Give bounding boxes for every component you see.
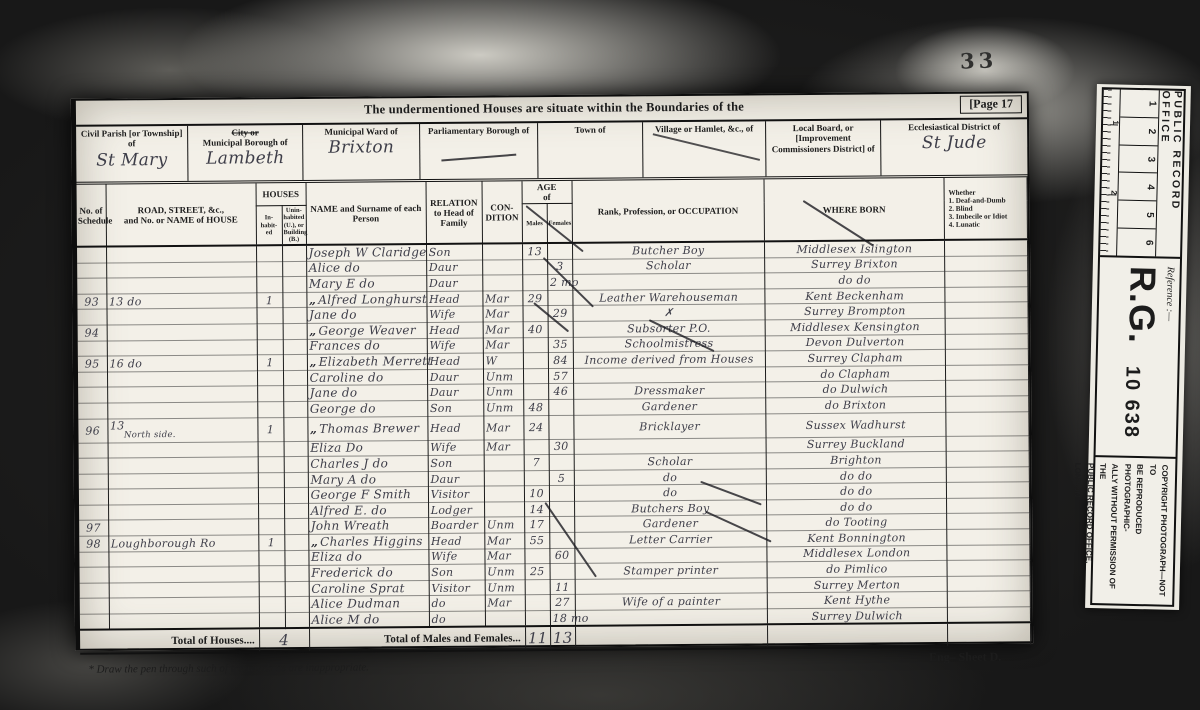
cell-name: Jane do [307,385,427,402]
cell-occupation: Stamper printer [575,562,767,579]
cell-relation: Head [426,291,482,307]
cell-schedule [79,458,108,474]
cell-occupation: Wife of a painter [575,593,767,610]
cell-schedule [80,598,109,614]
cell-uninhabited [283,355,307,371]
cell-street [106,246,256,263]
cell-relation: Son [426,244,482,260]
cell-uninhabited [283,308,307,324]
cell-name: Alice M do [309,612,429,629]
pro-reference-section: Reference :— R.G. 10 638 [1095,257,1180,459]
cell-where-born: Middlesex Kensington [765,318,945,335]
cell-name: Alice do [306,260,426,277]
jurisdiction-value [538,136,642,137]
cell-disability [946,498,1029,514]
cell-disability [945,380,1028,396]
cell-schedule [77,247,106,263]
cell-uninhabited [284,503,308,519]
jurisdiction-value: Lambeth [188,148,302,169]
cell-inhabited [258,457,284,473]
cell-age-female [550,564,575,580]
cell-schedule [80,614,109,630]
cell-disability [946,435,1029,451]
cell-where-born: Surrey Buckland [766,436,946,453]
pro-stamp-content: PUBLIC RECORD OFFICE 123456 1 2 Referenc… [1090,87,1186,607]
sheet-label: Eng– Sheet D. [929,650,1001,666]
cell-inhabited [257,370,283,386]
cell-inhabited [257,386,283,402]
cell-age-female: 57 [548,368,573,384]
jurisdiction-label: Ecclesiastical District of [881,121,1027,132]
cell-schedule: 97 [79,520,108,536]
cell-uninhabited [285,566,309,582]
cell-age-male [525,595,550,611]
cell-disability [947,544,1030,560]
cell-condition: Mar [483,337,523,353]
cell-occupation [575,578,767,595]
cell-occupation: Gardener [574,515,766,532]
cell-where-born: Devon Dulverton [765,334,945,351]
cell-schedule [77,278,106,294]
col-road: ROAD, STREET, &c., and No. or NAME of HO… [106,183,257,247]
cell-inhabited: 1 [258,535,284,551]
cell-name: John Wreath [308,518,428,535]
cell-uninhabited [284,519,308,535]
stamp-scale-cell: 2 [1120,117,1159,146]
cell-schedule: 95 [78,356,107,372]
cell-occupation [572,273,764,290]
form-title: The undermentioned Houses are situate wi… [364,99,744,117]
cell-condition: Mar [483,322,523,338]
cell-uninhabited [282,292,306,308]
cell-inhabited: 1 [256,292,282,308]
cell-age-female: 35 [548,337,573,353]
cell-name: Frederick do [309,565,429,582]
jurisdiction-label: Municipal Borough of [188,137,302,148]
col-occupation: Rank, Profession, or OCCUPATION [572,179,765,243]
enumeration-rows: Joseph W ClaridgeSon13Butcher BoyMiddles… [77,240,1030,630]
cell-age-male [524,439,549,455]
cell-street: Loughborough Ro [108,535,258,552]
cell-street [106,261,256,278]
col-name: NAME and Surname of each Person [306,182,427,245]
cell-uninhabited [284,534,308,550]
cell-schedule [79,474,108,490]
cell-condition [484,486,524,502]
cell-street [108,519,258,536]
cell-name: George do [307,400,427,417]
cell-where-born: do do [766,483,946,500]
col-houses: HOUSES [256,183,306,206]
cell-relation: Head [427,322,483,338]
cell-inhabited [258,488,284,504]
cell-inhabited [258,503,284,519]
cell-occupation: Leather Warehouseman [573,289,765,306]
col-inhabited: In- habit- ed [256,206,282,246]
cell-disability [946,396,1029,412]
cell-uninhabited [284,472,308,488]
cell-age-female: 46 [548,384,573,400]
cell-name: Eliza do [308,549,428,566]
cell-name: Thomas Brewer [307,416,427,441]
cell-schedule [80,583,109,599]
cell-age-male: 48 [523,399,548,415]
cell-street: 13North side. [107,417,257,442]
cell-relation: Daur [428,471,484,487]
cell-inhabited [257,308,283,324]
cell-age-male [524,470,549,486]
jurisdiction-value [420,136,537,137]
cell-relation: Daur [426,275,482,291]
jurisdiction-label: Town of [538,124,642,135]
cell-age-male: 10 [524,486,549,502]
cell-street [108,441,258,458]
cell-where-born: do Tooting [766,514,946,531]
cell-inhabited [259,613,285,629]
jurisdiction-cell: Local Board, or [Improvement Commissione… [766,120,881,176]
cell-inhabited [258,519,284,535]
cell-uninhabited [282,245,306,261]
pro-reference-stamp: PUBLIC RECORD OFFICE 123456 1 2 Referenc… [1085,84,1191,610]
cell-relation: Lodger [428,502,484,518]
cell-uninhabited [285,581,309,597]
cell-inhabited [256,277,282,293]
cell-name: Frances do [307,338,427,355]
cell-where-born: Kent Bonnington [767,529,947,546]
cell-uninhabited [283,370,307,386]
cell-schedule [79,443,108,459]
cell-uninhabited [283,386,307,402]
jurisdiction-cell: Village or Hamlet, &c., of [643,121,766,177]
jurisdiction-label: Local Board, or [Improvement Commissione… [766,122,880,154]
cell-street [108,504,258,521]
cell-age-female: 30 [549,439,574,455]
jurisdiction-label: Municipal Ward of [303,126,419,137]
cell-name: George F Smith [308,487,428,504]
cell-age-male: 55 [524,533,549,549]
jurisdiction-cell: Ecclesiastical District ofSt Jude [881,119,1027,175]
cell-inhabited: 1 [257,417,283,441]
cell-occupation: Income derived from Houses [573,351,765,368]
cell-age-male [523,368,548,384]
cell-where-born: do do [765,272,945,289]
piece-number: 10 638 [1119,366,1144,440]
pro-number-cells: 123456 [1116,90,1159,257]
cell-inhabited [256,246,282,262]
cell-age-male [522,259,547,275]
cell-street [108,488,258,505]
cell-street [107,339,257,356]
jurisdiction-value [643,135,765,136]
cell-where-born: Kent Beckenham [765,287,945,304]
cell-age-female [549,454,574,470]
cell-schedule [79,489,108,505]
cell-where-born: do Clapham [765,365,945,382]
cell-where-born: Sussex Wadhurst [766,412,946,437]
cell-street [108,457,258,474]
cell-name: Charles J do [308,456,428,473]
cell-condition: Unm [483,400,523,416]
cell-condition: W [483,353,523,369]
cell-occupation: Bricklayer [574,413,766,439]
cell-street [109,613,259,630]
cell-condition [485,611,525,627]
cell-relation: Wife [429,549,485,565]
cell-relation: Visitor [428,486,484,502]
jurisdiction-value: St Jude [881,133,1027,154]
cell-occupation: ✗ [573,304,765,321]
cell-age-male: 24 [524,415,549,439]
cell-condition: Mar [485,548,525,564]
cell-age-male [525,579,550,595]
cell-age-male [523,306,548,322]
jurisdiction-cell: Parliamentary Borough of [420,123,538,179]
cell-uninhabited [282,277,306,293]
cell-where-born: Kent Hythe [767,592,947,609]
cell-condition: Mar [483,415,523,439]
cell-disability [944,255,1027,271]
ruler-number: 2 [1109,190,1118,195]
cell-inhabited [259,581,285,597]
jurisdiction-value: Brixton [303,137,419,158]
cell-age-female: 18 mo [550,610,575,626]
cell-age-male [523,353,548,369]
cell-age-male: 25 [525,564,550,580]
cell-uninhabited [285,612,309,628]
cell-age-female: 5 [549,470,574,486]
stamp-scale-cell: 1 [1120,90,1159,119]
cell-uninhabited [284,550,308,566]
col-relation: RELATION to Head of Family [426,182,483,245]
cell-condition: Unm [485,564,525,580]
cell-street [106,277,256,294]
cell-occupation [575,609,767,626]
cell-condition: Mar [484,533,524,549]
jurisdiction-cell: Civil Parish [or Township] ofSt Mary [76,126,188,182]
cell-occupation [573,367,765,384]
cell-disability [945,349,1028,365]
stamp-scale-cell: 5 [1118,201,1157,230]
cell-disability [945,318,1028,334]
col-age: AGE of [522,181,572,204]
total-females-value: 13 [550,626,575,650]
cell-condition: Unm [483,368,523,384]
cell-condition: Unm [485,580,525,596]
total-males-females-label: Total of Males and Females... [309,626,525,652]
cell-street [109,597,259,614]
cell-where-born: do Brixton [765,396,945,413]
cell-age-female: 27 [550,595,575,611]
jurisdiction-header-row: Civil Parish [or Township] ofSt MaryCity… [76,119,1027,184]
series-code: R.G. [1120,266,1164,345]
jurisdiction-value [766,154,880,155]
cell-street-note: North side. [124,428,255,442]
cell-occupation: Gardener [573,398,765,415]
cell-schedule [78,309,107,325]
cell-occupation: Butcher Boy [572,242,764,259]
folio-number: 33 [960,47,998,73]
cell-disability [947,607,1030,623]
jurisdiction-cell: Municipal Ward ofBrixton [303,124,420,180]
cell-relation: Daur [426,260,482,276]
cell-condition [484,470,524,486]
cell-occupation: do [574,484,766,501]
cell-disability [944,240,1027,256]
cell-occupation: Letter Carrier [574,531,766,548]
cell-occupation: Schoolmistress [573,335,765,352]
stamp-scale-cell: 3 [1119,145,1158,174]
enumeration-table: No. of Schedule ROAD, STREET, &c., and N… [77,177,1032,655]
cell-age-male: 17 [524,517,549,533]
cell-relation: Boarder [428,518,484,534]
cell-occupation: Scholar [572,257,764,274]
cell-schedule [78,403,107,419]
cell-relation: Son [428,455,484,471]
cell-relation: Son [429,564,485,580]
cell-street [107,324,257,341]
cell-inhabited [259,566,285,582]
cell-name: Elizabeth Merrett [307,354,427,371]
cell-name: Eliza Do [308,440,428,457]
cell-inhabited [257,402,283,418]
total-houses-label: Total of Houses.... [80,628,259,653]
cell-street: 16 do [107,355,257,372]
cell-age-female [549,486,574,502]
cell-schedule [78,387,107,403]
cell-disability [946,466,1029,482]
page-number-box: [Page 17 [960,95,1022,113]
cell-where-born: Surrey Dulwich [767,607,947,624]
cell-disability [946,482,1029,498]
cell-street [108,473,258,490]
cell-disability [945,287,1028,303]
census-form: The undermentioned Houses are situate wi… [71,91,1033,651]
cell-street [107,386,257,403]
cell-where-born: Brighton [766,452,946,469]
cell-relation: Daur [427,369,483,385]
cell-condition: Unm [484,517,524,533]
cell-age-female [547,243,572,259]
cell-occupation: Butchers Boy [574,500,766,517]
cell-condition [482,275,522,291]
cell-uninhabited [284,457,308,473]
cell-where-born: Middlesex Islington [764,240,944,257]
cell-uninhabited [283,339,307,355]
cell-inhabited [258,550,284,566]
cell-street [109,582,259,599]
col-age-males: Males [522,204,547,244]
col-schedule: No. of Schedule [77,185,106,248]
cell-age-male [523,384,548,400]
cell-age-female [548,290,573,306]
cell-age-male [522,275,547,291]
cell-disability [946,451,1029,467]
cell-occupation: do [574,469,766,486]
cell-occupation [575,546,767,563]
cell-where-born: do do [766,467,946,484]
cell-occupation: Scholar [574,453,766,470]
cell-disability [945,271,1028,287]
cell-uninhabited [284,488,308,504]
cell-disability [945,364,1028,380]
cell-uninhabited [283,417,307,441]
total-males-value: 11 [525,626,550,650]
cell-street [108,550,258,567]
cell-where-born: do Pimlico [767,561,947,578]
cell-inhabited [259,597,285,613]
cell-relation: Wife [427,338,483,354]
cell-schedule: 93 [77,294,106,310]
cell-condition: Unm [483,384,523,400]
cell-where-born: Surrey Clapham [765,350,945,367]
cell-schedule: 96 [78,419,107,443]
cell-disability [947,576,1030,592]
cell-age-female [548,399,573,415]
cell-age-female [549,415,574,439]
cell-condition: Mar [483,290,523,306]
cell-condition [484,502,524,518]
copyright-notice: COPYRIGHT PHOTOGRAPH—NOT TO BE REPRODUCE… [1092,457,1175,605]
jurisdiction-label: Civil Parish [or Township] of [76,128,187,150]
cell-relation: Wife [427,306,483,322]
cell-inhabited [257,339,283,355]
cell-disability [947,591,1030,607]
cell-uninhabited [284,441,308,457]
cell-relation: Head [427,353,483,369]
cell-name: Alfred Longhurst [306,291,426,308]
cell-schedule [78,372,107,388]
cell-schedule [78,341,107,357]
cell-disability [945,333,1028,349]
cell-relation: Visitor [429,580,485,596]
reference-label: Reference :— [1164,267,1176,322]
cell-name: George Weaver [307,322,427,339]
cell-occupation [574,437,766,454]
cell-relation: do [429,611,485,627]
cell-age-female: 60 [550,548,575,564]
jurisdiction-cell: Town of [538,122,643,178]
jurisdiction-label: Parliamentary Borough of [420,125,537,136]
cell-schedule: 98 [79,536,108,552]
cell-relation: Head [428,533,484,549]
cell-uninhabited [283,323,307,339]
cell-disability [947,529,1030,545]
cell-where-born: Surrey Brixton [764,256,944,273]
stamp-scale-cell: 6 [1117,229,1156,257]
cell-inhabited [258,441,284,457]
cell-schedule [79,552,108,568]
cell-street [109,566,259,583]
col-disability: Whether 1. Deaf-and-Dumb 2. Blind 3. Imb… [944,177,1028,240]
cell-street: 13 do [106,293,256,310]
cell-name: Caroline Sprat [309,580,429,597]
cell-inhabited [256,261,282,277]
cell-disability [946,513,1029,529]
pro-ruler-section: PUBLIC RECORD OFFICE 123456 1 2 [1100,89,1184,259]
cell-age-male: 7 [524,455,549,471]
cell-condition: Mar [485,595,525,611]
cell-relation: Daur [427,384,483,400]
cell-name: Alfred E. do [308,502,428,519]
cell-where-born: do Dulwich [765,381,945,398]
cell-relation: do [429,595,485,611]
col-condition: CON- DITION [482,181,523,244]
cell-uninhabited [282,261,306,277]
cell-relation: Head [427,416,483,440]
total-houses-value: 4 [259,628,309,652]
column-headers: No. of Schedule ROAD, STREET, &c., and N… [77,177,1028,247]
cell-name: Alice Dudman [309,596,429,613]
